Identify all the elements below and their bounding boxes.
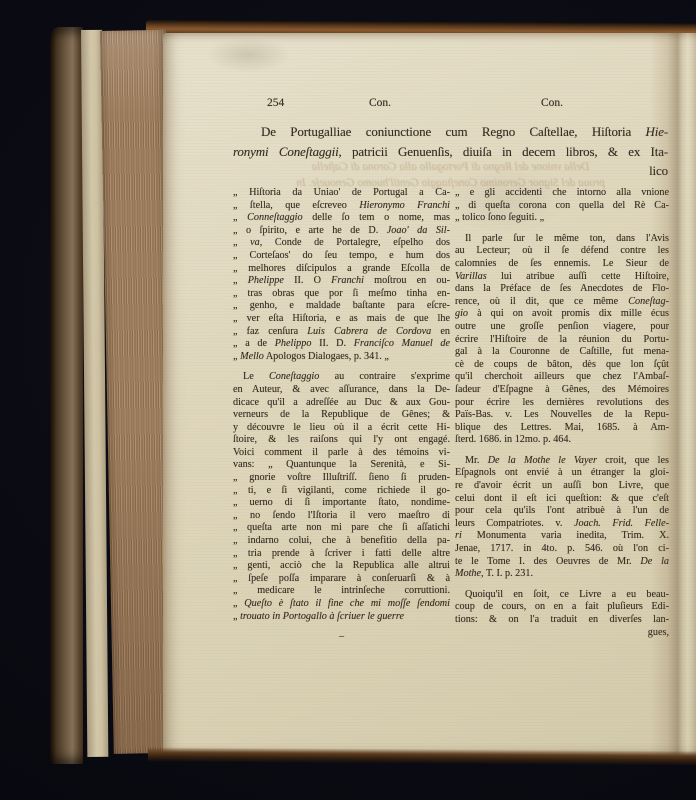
roman-text: ſterd. 1686. in 12mo. p. 464.: [455, 434, 571, 445]
text-line: „ a de Phelippo II. D. Franciſco Manuel …: [233, 338, 450, 351]
roman-text: lico: [649, 163, 668, 178]
text-line: „ ti, e ſi vigilanti, come richiede il g…: [233, 485, 450, 498]
text-line: ſadeur d'Eſpagne à Gênes, des Mémoires: [455, 384, 669, 397]
text-line: „ Mello Apologos Dialogaes, p. 341. „: [233, 351, 450, 364]
book-cover-edge: [50, 27, 83, 764]
text-line: qu'il cherchoit ailleurs que chez l'Amba…: [455, 371, 669, 384]
roman-text: Quoiqu'il en ſoit, ce Livre a eu beau-: [465, 589, 669, 600]
text-line: „ gnorie voſtre Illuſtriſſ. ſieno ſi pru…: [233, 472, 450, 485]
text-line: celui dont il eſt ici queſtion: & que c'…: [455, 493, 669, 506]
paragraph: Mr. De la Mothe le Vayer croit, que lesE…: [455, 455, 669, 581]
roman-text: celui dont il eſt ici queſtion: & que c'…: [455, 493, 669, 504]
roman-text: gal à la Couronne de Caſtille, fut mena-: [455, 346, 669, 357]
running-head-left: Con.: [350, 97, 410, 109]
italic-text: Franchi: [331, 275, 364, 286]
italic-text: Coneſtaggio: [269, 371, 319, 382]
right-column: „ e gli accidenti che intorno alla vnion…: [455, 187, 669, 639]
roman-text: „ di queſta corona con quella del Rè Ca-: [455, 200, 669, 211]
roman-text: outre une groſſe penſion viagere, pour: [455, 321, 669, 332]
roman-text: patricii Genuenſis, diuiſa in decem libr…: [342, 144, 668, 159]
roman-text: Voici comment il parle à des témoins vi-: [233, 447, 450, 458]
roman-text: „ genti, acciò che la Republica alle alt…: [233, 560, 450, 571]
roman-text: –: [339, 631, 344, 642]
roman-text: y découvre le lieu où il a écrit cette H…: [233, 422, 450, 433]
italic-text: Joach. Frid. Felle-: [574, 518, 669, 529]
roman-text: lui atribue auſſi cette Hiſtoire,: [487, 271, 669, 282]
text-line: te le Tome I. des Oeuvres de Mr. De la: [455, 556, 669, 569]
text-line: „ ſpeſe poſſa imparare à conſeruarſi & à: [233, 573, 450, 586]
roman-text: croit, que les: [597, 455, 669, 466]
paragraph: –: [233, 631, 450, 644]
text-line: verneurs de la Republique de Gênes; &: [233, 409, 450, 422]
text-line: en Auteur, & avec aſſurance, dans la De-: [233, 384, 450, 397]
text-line: tions: & on l'a traduit en diverſes lan-: [455, 614, 669, 627]
text-line: „ queſta arte non mi pare che ſi aſſatic…: [233, 522, 450, 535]
roman-text: „ o ſpirito, e arte he de D.: [233, 225, 387, 236]
text-line: „ melhores diſcipulos a grande Eſcolla d…: [233, 263, 450, 276]
roman-text: T. I. p. 231.: [484, 568, 533, 579]
roman-text: „ queſta arte non mi pare che ſi aſſatic…: [233, 522, 450, 533]
roman-text: ſtoire, & les raiſons qui l'y ont engagé…: [233, 434, 450, 445]
italic-text: Franciſco Manuel de: [354, 338, 450, 349]
text-line: „ o ſpirito, e arte he de D. Joao' da Si…: [233, 225, 450, 238]
roman-text: „ a de: [233, 338, 275, 349]
text-line: „ ſtella, que eſcreveo Hieronymo Franchi: [233, 200, 450, 213]
roman-text: „: [233, 275, 248, 286]
text-line: re d'avoir écrit un auſſi bon Livre, que: [455, 480, 669, 493]
text-line: blique des Lettres. Mai, 1685. à Am-: [455, 422, 669, 435]
text-line: „ e gli accidenti che intorno alla vnion…: [455, 187, 669, 200]
text-line: –: [233, 631, 450, 644]
running-head-right: Con.: [522, 97, 582, 109]
text-line: „ tolico ſono ſeguiti. „: [455, 212, 669, 225]
roman-text: pour cela qu'ils l'ont atribuè à l'un de: [455, 505, 669, 516]
text-line: „ faz cenſura Luis Cabrera de Cordova en: [233, 326, 450, 339]
italic-text: Mothe,: [455, 568, 484, 579]
roman-text: De Portugalliae coniunctione cum Regno C…: [261, 124, 646, 139]
roman-text: „ no ſendo l'Iſtoria il vero maeſtro di: [233, 510, 450, 521]
text-line: y découvre le lieu où il a écrit cette H…: [233, 422, 450, 435]
text-line: „ trouato in Portogallo à ſcriuer le gue…: [233, 611, 450, 624]
text-line: „ di queſta corona con quella del Rè Ca-: [455, 200, 669, 213]
text-line: „ genti, acciò che la Republica alle alt…: [233, 560, 450, 573]
italic-text: trouato in Portogallo à ſcriuer le guerr…: [240, 611, 404, 622]
text-line: „ Conneſtaggio delle ſo tem o nome, mas: [233, 212, 450, 225]
roman-text: coup de cours, on en a fait pluſieurs Ed…: [455, 601, 669, 612]
text-line: „ indarno colui, che à benefitio della p…: [233, 535, 450, 548]
text-line: Il parle ſur le même ton, dans l'Avis: [455, 233, 669, 246]
roman-text: qu'il cherchoit ailleurs que chez l'Amba…: [455, 371, 669, 382]
roman-text: Apologos Dialogaes, p. 341. „: [264, 351, 389, 362]
text-line: „ Queſto è ſtato il fine che mi moſſe ſe…: [233, 598, 450, 611]
photo-background: Della vnione del Regno di Portogallo all…: [0, 0, 696, 800]
text-line: coup de cours, on en a fait pluſieurs Ed…: [455, 601, 669, 614]
roman-text: blique des Lettres. Mai, 1685. à Am-: [455, 422, 669, 433]
roman-text: en: [431, 326, 450, 337]
paragraph: „ Hiſtoria da Uniao' de Portugal a Ca-„ …: [233, 187, 450, 363]
roman-text: pour écrire les dernières revolutions de…: [455, 397, 669, 408]
text-line: Mr. De la Mothe le Vayer croit, que les: [455, 455, 669, 468]
roman-text: „ tria prende à ſcriver i fatti delle al…: [233, 548, 450, 559]
text-line: gio à qui on avoit promis dix mille écus: [455, 308, 669, 321]
roman-text: vans: „ Quantunque la Serenità, e Si-: [233, 459, 450, 470]
text-line: lico: [233, 161, 668, 181]
roman-text: „ melhores diſcipulos a grande Eſcolla d…: [233, 263, 450, 274]
text-line: pour cela qu'ils l'ont atribuè à l'un de: [455, 505, 669, 518]
italic-text: Joao' da Sil-: [387, 225, 450, 236]
text-line: cè de coups de bâton, dès que lon ſçût: [455, 359, 669, 372]
italic-text: Conneſtaggio: [247, 212, 302, 223]
text-line: gues,: [455, 627, 669, 640]
roman-text: gues,: [648, 627, 669, 638]
page-number: 254: [267, 97, 284, 109]
text-line: „ tria prende à ſcriver i fatti delle al…: [233, 548, 450, 561]
italic-text: Coneſtag-: [628, 296, 669, 307]
text-line: Eſpagnols ont envié à un étranger la glo…: [455, 467, 669, 480]
left-column: „ Hiſtoria da Uniao' de Portugal a Ca-„ …: [233, 187, 450, 644]
roman-text: „ faz cenſura: [233, 326, 307, 337]
text-line: calomnies de ſes ennemis. Le Sieur de: [455, 258, 669, 271]
roman-text: „ medicare le intrinſeche corruttioni.: [233, 585, 450, 596]
roman-text: II. O: [284, 275, 331, 286]
roman-text: Monumenta varia inedita, Trim. X.: [462, 530, 669, 541]
text-line: „ Hiſtoria da Uniao' de Portugal a Ca-: [233, 187, 450, 200]
roman-text: delle ſo tem o nome, mas: [303, 212, 450, 223]
italic-text: Luis Cabrera de Cordova: [307, 326, 431, 337]
text-line: leurs Compatriotes. v. Joach. Frid. Fell…: [455, 518, 669, 531]
roman-text: tions: & on l'a traduit en diverſes lan-: [455, 614, 669, 625]
text-line: Mothe, T. I. p. 231.: [455, 568, 669, 581]
text-line: ronymi Coneſtaggii, patricii Genuenſis, …: [233, 142, 668, 162]
text-line: ri Monumenta varia inedita, Trim. X.: [455, 530, 669, 543]
roman-text: „ ſpeſe poſſa imparare à conſeruarſi & à: [233, 573, 450, 584]
italic-text: Queſto è ſtato il fine che mi moſſe ſend…: [244, 598, 450, 609]
roman-text: „ indarno colui, che à benefitio della p…: [233, 535, 450, 546]
italic-text: De la Mothe le Vayer: [488, 455, 597, 466]
text-line: „ no ſendo l'Iſtoria il vero maeſtro di: [233, 510, 450, 523]
italic-text: Phelippe: [248, 275, 284, 286]
text-line: dans la Préface de ſes Anecdotes de Flo-: [455, 283, 669, 296]
roman-text: Païs-Bas. v. Les Nouvelles de la Repu-: [455, 409, 669, 420]
text-line: „ medicare le intrinſeche corruttioni.: [233, 585, 450, 598]
italic-text: Hieronymo Franchi: [359, 200, 450, 211]
text-line: „ genho, e maldade baſtante para eſcre-: [233, 300, 450, 313]
roman-text: Mr.: [465, 455, 488, 466]
roman-text: au contraire s'exprime: [319, 371, 450, 382]
italic-text: gio: [455, 308, 468, 319]
text-line: outre une groſſe penſion viagere, pour: [455, 321, 669, 334]
roman-text: II. D.: [311, 338, 353, 349]
text-line: pour écrire les dernières revolutions de…: [455, 397, 669, 410]
italic-text: De la: [640, 556, 669, 567]
roman-text: calomnies de ſes ennemis. Le Sieur de: [455, 258, 669, 269]
roman-text: „: [233, 237, 250, 248]
italic-text: Hie-: [646, 124, 669, 139]
roman-text: „ Corteſaos' do ſeu tempo, e hum dos: [233, 250, 450, 261]
text-line: ſtoire, & les raiſons qui l'y ont engagé…: [233, 434, 450, 447]
roman-text: dicace qu'il a adreſſée au Duc & aux Gou…: [233, 397, 450, 408]
text-line: Jenae, 1717. in 4to. p. 546. où l'on ci-: [455, 543, 669, 556]
roman-text: „ uerno di ſi importante ſtato, nondime-: [233, 497, 450, 508]
roman-text: te le Tome I. des Oeuvres de Mr.: [455, 556, 640, 567]
text-line: Varillas lui atribue auſſi cette Hiſtoir…: [455, 271, 669, 284]
roman-text: „ gnorie voſtre Illuſtriſſ. ſieno ſi pru…: [233, 472, 450, 483]
paragraph: „ e gli accidenti che intorno alla vnion…: [455, 187, 669, 225]
text-line: „ Phelippe II. O Franchi moſtrou en ou-: [233, 275, 450, 288]
roman-text: re d'avoir écrit un auſſi bon Livre, que: [455, 480, 669, 491]
text-line: ſterd. 1686. in 12mo. p. 464.: [455, 434, 669, 447]
roman-text: „ ver eſta Hiſtoria, e as mais de que lh…: [233, 313, 450, 324]
roman-text: „ ſtella, que eſcreveo: [233, 200, 359, 211]
roman-text: „ tras obras que por ſi meſmo tinha en-: [233, 288, 450, 299]
roman-text: Il parle ſur le même ton, dans l'Avis: [465, 233, 669, 244]
italic-text: Mello: [240, 351, 264, 362]
roman-text: leurs Compatriotes. v.: [455, 518, 574, 529]
text-line: „ va, Conde de Portalegre, eſpelho dos: [233, 237, 450, 250]
roman-text: cè de coups de bâton, dès que lon ſçût: [455, 359, 669, 370]
roman-text: Le: [243, 371, 269, 382]
roman-text: „ ti, e ſi vigilanti, come richiede il g…: [233, 485, 450, 496]
text-line: dicace qu'il a adreſſée au Duc & aux Gou…: [233, 397, 450, 410]
roman-text: écrire l'Hiſtoire de la réunion du Portu…: [455, 334, 669, 345]
text-line: „ ver eſta Hiſtoria, e as mais de que lh…: [233, 313, 450, 326]
roman-text: „: [233, 598, 244, 609]
text-line: „ Corteſaos' do ſeu tempo, e hum dos: [233, 250, 450, 263]
italic-text: va,: [250, 237, 262, 248]
roman-text: ſadeur d'Eſpagne à Gênes, des Mémoires: [455, 384, 669, 395]
text-line: „ uerno di ſi importante ſtato, nondime-: [233, 497, 450, 510]
book-page: Della vnione del Regno di Portogallo all…: [163, 33, 696, 756]
roman-text: „ e gli accidenti che intorno alla vnion…: [455, 187, 669, 198]
roman-text: „ genho, e maldade baſtante para eſcre-: [233, 300, 450, 311]
text-line: „ tras obras que por ſi meſmo tinha en-: [233, 288, 450, 301]
text-line: vans: „ Quantunque la Serenità, e Si-: [233, 459, 450, 472]
roman-text: verneurs de la Republique de Gênes; &: [233, 409, 450, 420]
paragraph: Le Coneſtaggio au contraire s'exprimeen …: [233, 371, 450, 623]
roman-text: Conde de Portalegre, eſpelho dos: [262, 237, 450, 248]
roman-text: „ tolico ſono ſeguiti. „: [455, 212, 544, 223]
paragraph: Il parle ſur le même ton, dans l'Avisau …: [455, 233, 669, 447]
roman-text: „ Hiſtoria da Uniao' de Portugal a Ca-: [233, 187, 450, 198]
roman-text: dans la Préface de ſes Anecdotes de Flo-: [455, 283, 669, 294]
italic-text: ri: [455, 530, 462, 541]
roman-text: à qui on avoit promis dix mille écus: [468, 308, 669, 319]
italic-text: ronymi Coneſtaggii,: [233, 144, 342, 159]
roman-text: moſtrou en ou-: [364, 275, 450, 286]
book-bottom-edge: [148, 747, 696, 766]
text-line: écrire l'Hiſtoire de la réunion du Portu…: [455, 334, 669, 347]
paragraph: Quoiqu'il en ſoit, ce Livre a eu beau-co…: [455, 589, 669, 639]
roman-text: rence, où il dit, que ce même: [455, 296, 628, 307]
text-line: gal à la Couronne de Caſtille, fut mena-: [455, 346, 669, 359]
roman-text: „: [233, 212, 247, 223]
running-head: 254 Con. Con.: [163, 97, 696, 112]
roman-text: en Auteur, & avec aſſurance, dans la De-: [233, 384, 450, 395]
text-line: Païs-Bas. v. Les Nouvelles de la Repu-: [455, 409, 669, 422]
roman-text: Eſpagnols ont envié à un étranger la glo…: [455, 467, 669, 478]
text-line: De Portugalliae coniunctione cum Regno C…: [233, 122, 668, 142]
text-line: Le Coneſtaggio au contraire s'exprime: [233, 371, 450, 384]
italic-text: Phelippo: [275, 338, 312, 349]
text-line: rence, où il dit, que ce même Coneſtag-: [455, 296, 669, 309]
italic-text: Varillas: [455, 271, 487, 282]
roman-text: au Lecteur; où il ſe défend contre les: [455, 245, 669, 256]
text-line: Voici comment il parle à des témoins vi-: [233, 447, 450, 460]
text-line: au Lecteur; où il ſe défend contre les: [455, 245, 669, 258]
roman-text: Jenae, 1717. in 4to. p. 546. où l'on ci-: [455, 543, 669, 554]
entry-title: De Portugalliae coniunctione cum Regno C…: [233, 122, 668, 181]
text-line: Quoiqu'il en ſoit, ce Livre a eu beau-: [455, 589, 669, 602]
